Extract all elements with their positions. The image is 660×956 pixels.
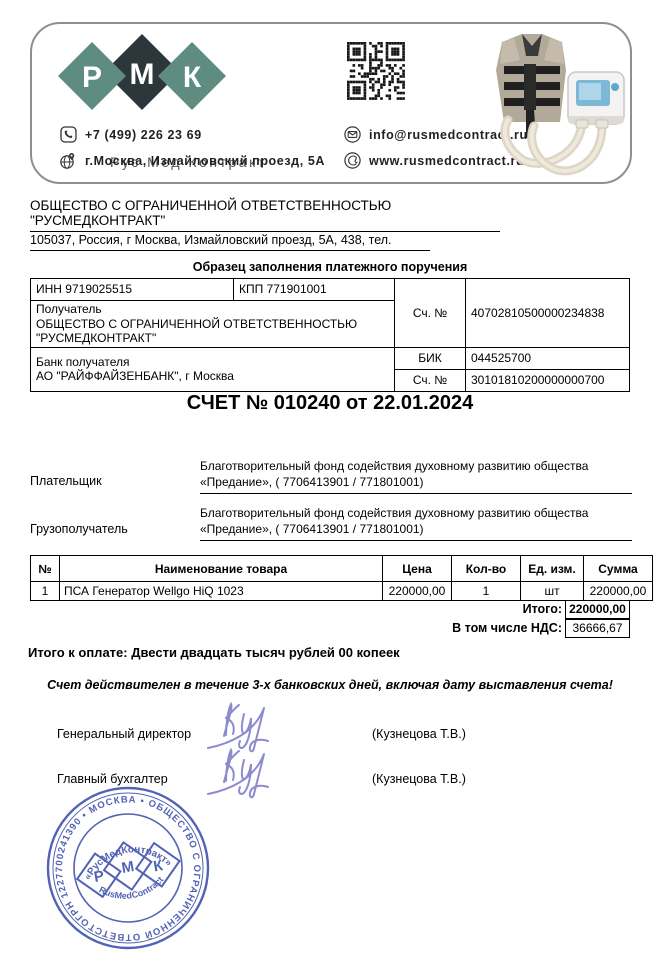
items-table: № Наименование товара Цена Кол-во Ед. из… [30,555,653,601]
globe-icon [344,152,361,169]
corr-account-cell: 30101810200000000700 [466,369,630,391]
phone-number: +7 (499) 226 23 69 [85,128,202,142]
col-header-num: № [31,556,60,582]
kpp-cell: КПП 771901001 [234,279,395,301]
bik-label-cell: БИК [395,347,466,369]
payer-line-2: «Предание», ( 7706413901 / 771801001) [200,474,632,490]
item-num: 1 [31,582,60,601]
payer-line-1: Благотворительный фонд содействия духовн… [200,458,632,474]
inn-cell: ИНН 9719025515 [31,279,234,301]
product-image [480,30,626,178]
logo-letter-m: М [130,58,155,91]
item-price: 220000,00 [383,582,452,601]
company-address-line: 105037, Россия, г Москва, Измайловский п… [30,233,430,251]
company-name-line: ОБЩЕСТВО С ОГРАНИЧЕННОЙ ОТВЕТСТВЕННОСТЬЮ… [30,198,500,232]
vat-value: 36666,67 [565,619,630,638]
recipient-cell: Получатель ОБЩЕСТВО С ОГРАНИЧЕННОЙ ОТВЕТ… [31,301,395,348]
stamp-letter-m: М [120,858,135,877]
bank-name: АО "РАЙФФАЙЗЕНБАНК", г Москва [36,369,389,384]
col-header-sum: Сумма [584,556,653,582]
street-address: г.Москва, Измайловский проезд, 5А [85,154,325,168]
director-label: Генеральный директор [57,727,191,741]
payer-value: Благотворительный фонд содействия духовн… [200,458,632,494]
globe-pin-icon [59,152,77,170]
vat-label: В том числе НДС: [300,621,562,635]
item-qty: 1 [452,582,521,601]
bank-cell: Банк получателя АО "РАЙФФАЙЗЕНБАНК", г М… [31,347,395,391]
recipient-name-1: ОБЩЕСТВО С ОГРАНИЧЕННОЙ ОТВЕТСТВЕННОСТЬЮ [36,317,389,332]
recipient-name-2: "РУСМЕДКОНТРАКТ" [36,331,389,346]
logo-letter-p: Р [82,61,102,94]
item-unit: шт [521,582,584,601]
col-header-qty: Кол-во [452,556,521,582]
envelope-icon [344,126,361,143]
item-name: ПСА Генератор Wellgo HiQ 1023 [60,582,383,601]
phone-row: +7 (499) 226 23 69 [60,126,202,143]
accountant-name: (Кузнецова Т.В.) [372,772,466,786]
address-row: г.Москва, Измайловский проезд, 5А [59,152,325,170]
qr-code [347,42,405,100]
consignee-label: Грузополучатель [30,522,128,536]
payer-label: Плательщик [30,474,102,488]
payment-sample-title: Образец заполнения платежного поручения [0,260,660,274]
table-row: 1 ПСА Генератор Wellgo HiQ 1023 220000,0… [31,582,653,601]
recipient-label: Получатель [36,302,389,317]
col-header-name: Наименование товара [60,556,383,582]
invoice-title: СЧЕТ № 010240 от 22.01.2024 [0,392,660,415]
validity-note: Счет действителен в течение 3-х банковск… [0,678,660,692]
item-sum: 220000,00 [584,582,653,601]
invoice-page: Р М К Рус Мед Контракт +7 (499) 226 23 6… [0,0,660,956]
logo-letter-k: К [183,61,202,94]
corr-label-cell: Сч. № [395,369,466,391]
col-header-unit: Ед. изм. [521,556,584,582]
total-label: Итого: [300,602,562,616]
company-stamp: ОГРН 1227700241390 • МОСКВА • ОБЩЕСТВО С… [42,782,214,954]
total-value: 220000,00 [565,600,630,619]
accountant-signature [200,744,295,799]
col-header-price: Цена [383,556,452,582]
phone-icon [60,126,77,143]
consignee-line-2: «Предание», ( 7706413901 / 771801001) [200,521,632,537]
amount-in-words: Итого к оплате: Двести двадцать тысяч ру… [28,645,400,660]
bank-label: Банк получателя [36,355,389,370]
bank-details-table: ИНН 9719025515 КПП 771901001 Сч. № 40702… [30,278,630,392]
director-name: (Кузнецова Т.В.) [372,727,466,741]
rmk-logo: Р М К [52,28,232,136]
account-label-cell: Сч. № [395,279,466,348]
header-card: Р М К Рус Мед Контракт +7 (499) 226 23 6… [30,22,632,184]
consignee-value: Благотворительный фонд содействия духовн… [200,505,632,541]
consignee-line-1: Благотворительный фонд содействия духовн… [200,505,632,521]
bik-value-cell: 044525700 [466,347,630,369]
account-number-cell: 40702810500000234838 [466,279,630,348]
